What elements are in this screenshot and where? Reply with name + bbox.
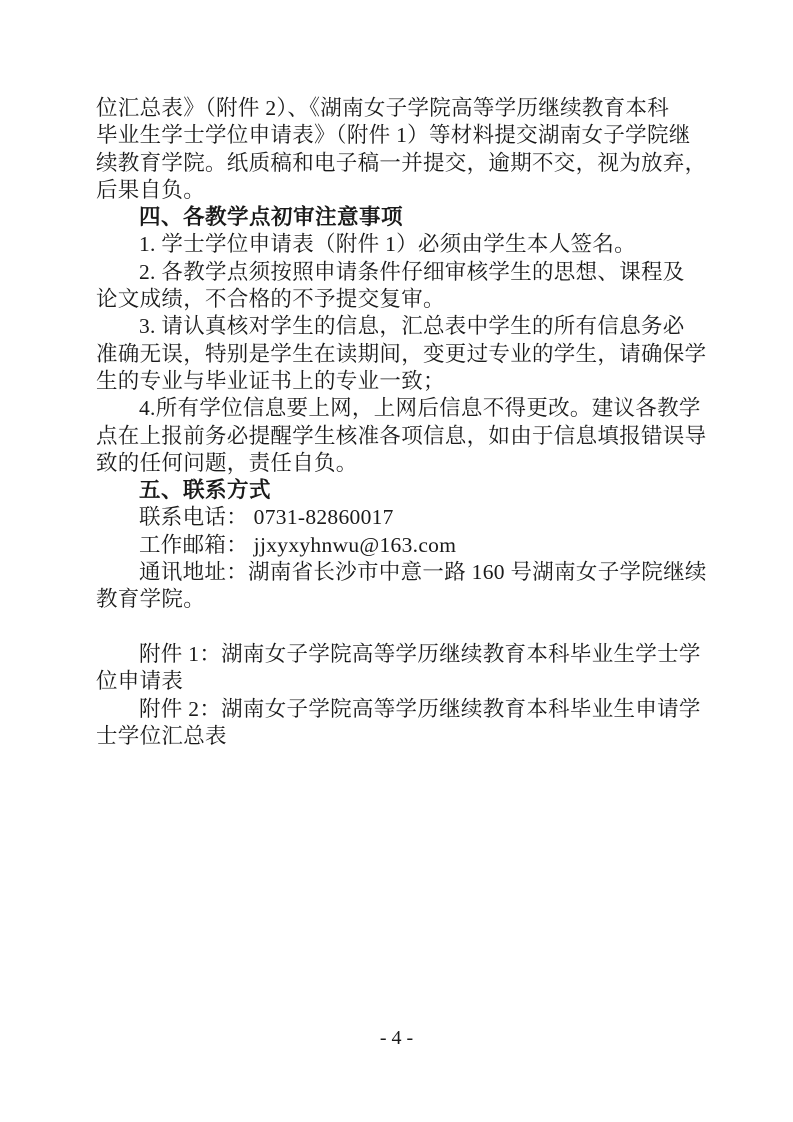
list-item-4-line: 点在上报前务必提醒学生核准各项信息，如由于信息填报错误导 (96, 423, 716, 450)
body-paragraph-line: 后果自负。 (96, 177, 716, 204)
attachment-1-line: 位申请表 (96, 668, 716, 695)
section-heading-four: 四、各教学点初审注意事项 (96, 204, 716, 231)
document-page: 位汇总表》（附件 2）、《湖南女子学院高等学历继续教育本科 毕业生学士学位申请表… (0, 0, 793, 1122)
body-paragraph-line: 位汇总表》（附件 2）、《湖南女子学院高等学历继续教育本科 (96, 95, 716, 122)
list-item-1-line: 1. 学士学位申请表（附件 1）必须由学生本人签名。 (96, 231, 716, 258)
contact-address-line: 教育学院。 (96, 586, 716, 613)
document-body: 位汇总表》（附件 2）、《湖南女子学院高等学历继续教育本科 毕业生学士学位申请表… (96, 95, 716, 750)
contact-address-line: 通讯地址：湖南省长沙市中意一路 160 号湖南女子学院继续 (96, 559, 716, 586)
list-item-3-line: 生的专业与毕业证书上的专业一致； (96, 368, 716, 395)
list-item-2-line: 论文成绩，不合格的不予提交复审。 (96, 286, 716, 313)
contact-email-line: 工作邮箱： jjxyxyhnwu@163.com (96, 532, 716, 559)
section-heading-five: 五、联系方式 (96, 477, 716, 504)
contact-phone-line: 联系电话： 0731-82860017 (96, 504, 716, 531)
list-item-4-line: 致的任何问题，责任自负。 (96, 450, 716, 477)
list-item-2-line: 2. 各教学点须按照申请条件仔细审核学生的思想、课程及 (96, 259, 716, 286)
page-number: - 4 - (0, 1026, 793, 1050)
body-paragraph-line: 毕业生学士学位申请表》（附件 1）等材料提交湖南女子学院继 (96, 122, 716, 149)
attachment-2-line: 附件 2：湖南女子学院高等学历继续教育本科毕业生申请学 (96, 696, 716, 723)
list-item-4-line: 4.所有学位信息要上网，上网后信息不得更改。建议各教学 (96, 395, 716, 422)
attachment-1-line: 附件 1：湖南女子学院高等学历继续教育本科毕业生学士学 (96, 641, 716, 668)
list-item-3-line: 3. 请认真核对学生的信息，汇总表中学生的所有信息务必 (96, 313, 716, 340)
list-item-3-line: 准确无误，特别是学生在读期间，变更过专业的学生，请确保学 (96, 341, 716, 368)
attachment-2-line: 士学位汇总表 (96, 723, 716, 750)
body-paragraph-line: 续教育学院。纸质稿和电子稿一并提交，逾期不交，视为放弃， (96, 150, 716, 177)
blank-line (96, 614, 716, 641)
